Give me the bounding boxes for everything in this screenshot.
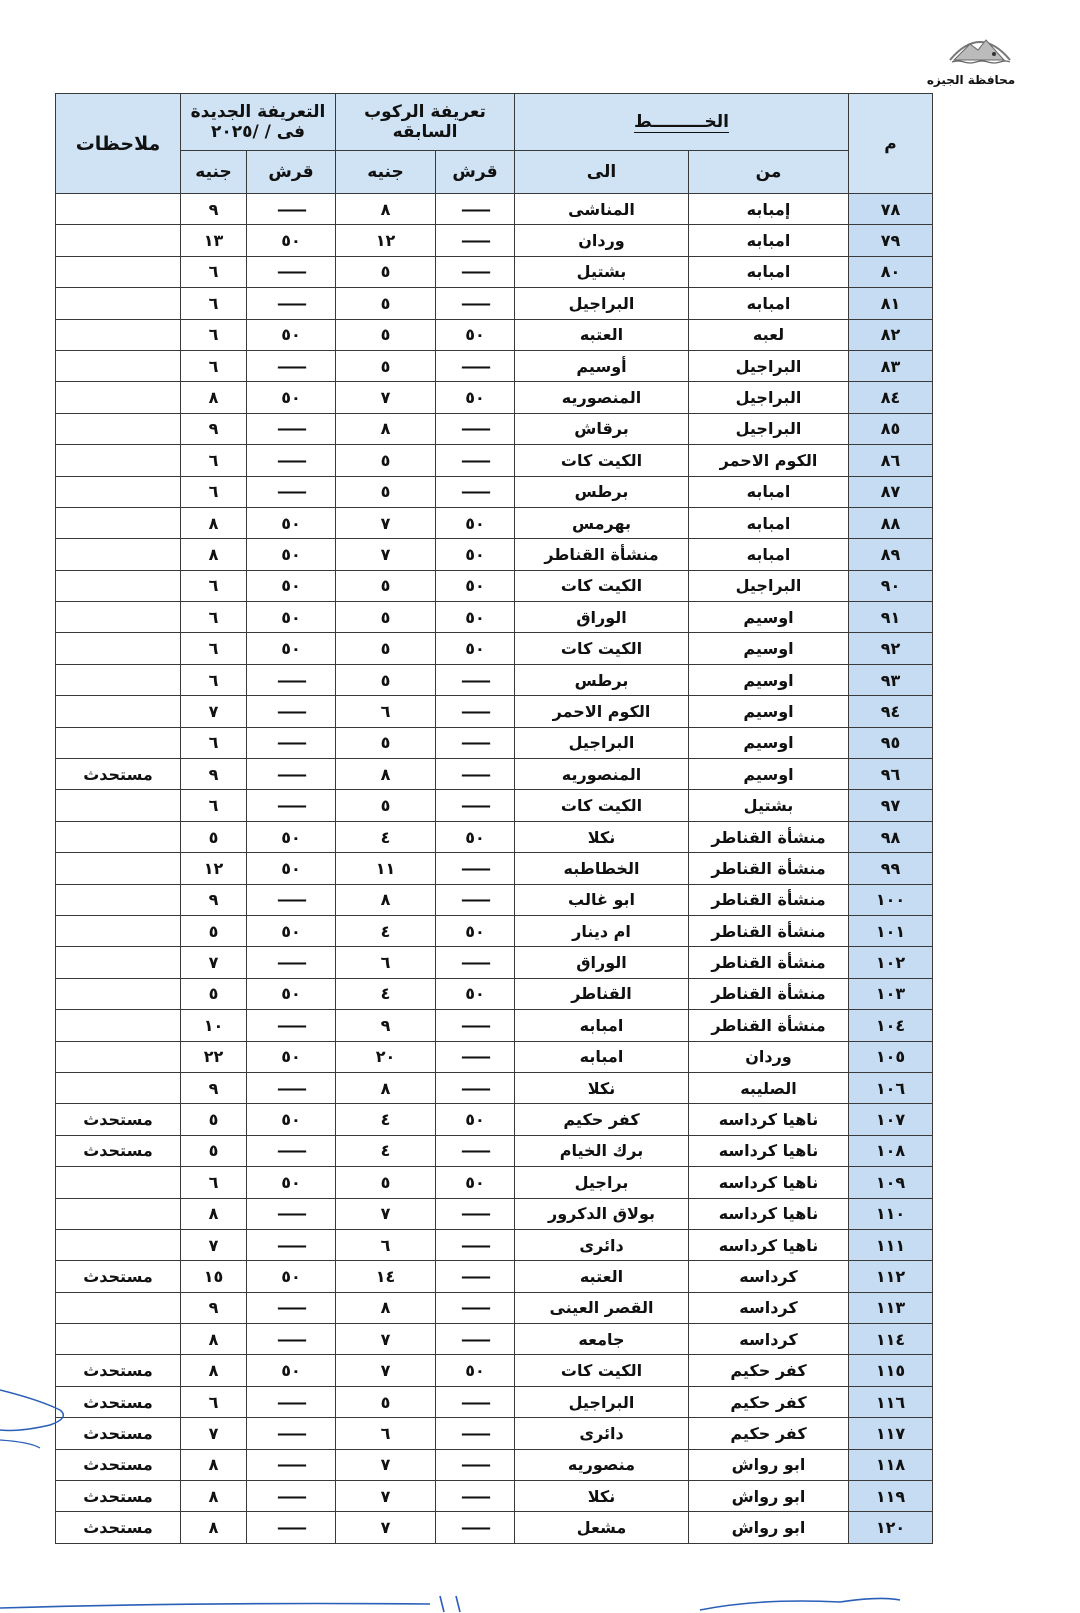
notes-cell — [56, 696, 181, 727]
route-from: ناهيا كرداسه — [689, 1229, 849, 1260]
new-fare-pound: ٦ — [181, 476, 247, 507]
old-fare-pound: ٧ — [336, 539, 436, 570]
new-fare-piaster: —— — [247, 1386, 336, 1417]
old-fare-piaster: —— — [436, 1449, 515, 1480]
route-to: العتبه — [515, 1261, 689, 1292]
route-from: اوسيم — [689, 759, 849, 790]
new-fare-pound: ٨ — [181, 1512, 247, 1543]
table-row: ١٠٨ناهيا كرداسهبرك الخيام——٤——٥مستحدث — [56, 1135, 933, 1166]
old-fare-piaster: ٥٠ — [436, 915, 515, 946]
notes-cell: مستحدث — [56, 1104, 181, 1135]
new-fare-piaster: ٥٠ — [247, 1261, 336, 1292]
notes-cell — [56, 1229, 181, 1260]
old-fare-pound: ٥ — [336, 1386, 436, 1417]
row-index: ١٠٩ — [849, 1167, 933, 1198]
row-index: ١٢٠ — [849, 1512, 933, 1543]
notes-cell — [56, 194, 181, 225]
old-fare-piaster: ٥٠ — [436, 602, 515, 633]
route-to: منشأة القناطر — [515, 539, 689, 570]
new-fare-pound: ٥ — [181, 978, 247, 1009]
col-header-new-fare: التعريفة الجديدة فى / /٢٠٢٥ — [181, 94, 336, 151]
route-to: القصر العينى — [515, 1292, 689, 1323]
row-index: ٩٤ — [849, 696, 933, 727]
route-to: براجيل — [515, 1167, 689, 1198]
new-fare-pound: ٢٢ — [181, 1041, 247, 1072]
old-fare-piaster: —— — [436, 413, 515, 444]
new-fare-pound: ٨ — [181, 1198, 247, 1229]
row-index: ١١٨ — [849, 1449, 933, 1480]
row-index: ١٠٨ — [849, 1135, 933, 1166]
old-fare-pound: ٧ — [336, 1355, 436, 1386]
old-fare-pound: ٥ — [336, 445, 436, 476]
route-to: دائرى — [515, 1418, 689, 1449]
old-fare-pound: ٥ — [336, 1167, 436, 1198]
old-fare-pound: ٧ — [336, 507, 436, 538]
new-fare-piaster: —— — [247, 1072, 336, 1103]
old-fare-pound: ٨ — [336, 194, 436, 225]
row-index: ١١٤ — [849, 1324, 933, 1355]
route-to: البراجيل — [515, 727, 689, 758]
route-from: امبابه — [689, 225, 849, 256]
route-from: كرداسه — [689, 1324, 849, 1355]
notes-cell — [56, 1324, 181, 1355]
old-fare-piaster: —— — [436, 1386, 515, 1417]
new-fare-pound: ٦ — [181, 288, 247, 319]
route-to: المنصوريه — [515, 759, 689, 790]
table-row: ٩٤اوسيمالكوم الاحمر——٦——٧ — [56, 696, 933, 727]
table-row: ٩٩منشأة القناطرالخطاطبه——١١٥٠١٢ — [56, 853, 933, 884]
new-fare-pound: ٧ — [181, 947, 247, 978]
notes-cell — [56, 1072, 181, 1103]
table-row: ٩٦اوسيمالمنصوريه——٨——٩مستحدث — [56, 759, 933, 790]
row-index: ٨٠ — [849, 256, 933, 287]
table-row: ٨٩امبابهمنشأة القناطر٥٠٧٥٠٨ — [56, 539, 933, 570]
col-header-old-fare: تعريفة الركوب السابقه — [336, 94, 515, 151]
table-row: ١١٣كرداسهالقصر العينى——٨——٩ — [56, 1292, 933, 1323]
route-to: الوراق — [515, 947, 689, 978]
route-to: برقاش — [515, 413, 689, 444]
new-fare-pound: ١٠ — [181, 1010, 247, 1041]
table-row: ١٠٢منشأة القناطرالوراق——٦——٧ — [56, 947, 933, 978]
route-from: منشأة القناطر — [689, 884, 849, 915]
new-fare-pound: ٩ — [181, 759, 247, 790]
old-fare-piaster: ٥٠ — [436, 382, 515, 413]
route-from: ابو رواش — [689, 1481, 849, 1512]
new-fare-piaster: —— — [247, 476, 336, 507]
old-fare-pound: ٤ — [336, 915, 436, 946]
new-fare-pound: ٨ — [181, 1324, 247, 1355]
new-fare-piaster: ٥٠ — [247, 225, 336, 256]
table-row: ٧٨إمبابهالمناشى——٨——٩ — [56, 194, 933, 225]
row-index: ٩٦ — [849, 759, 933, 790]
route-to: برطس — [515, 664, 689, 695]
old-fare-pound: ٨ — [336, 759, 436, 790]
row-index: ٩٢ — [849, 633, 933, 664]
old-fare-pound: ٧ — [336, 1449, 436, 1480]
route-to: العتبه — [515, 319, 689, 350]
route-from: امبابه — [689, 507, 849, 538]
new-fare-piaster: —— — [247, 1229, 336, 1260]
notes-cell — [56, 570, 181, 601]
old-fare-pound: ٥ — [336, 570, 436, 601]
new-fare-pound: ٨ — [181, 1449, 247, 1480]
notes-cell — [56, 225, 181, 256]
route-to: دائرى — [515, 1229, 689, 1260]
table-row: ٩٢اوسيمالكيت كات٥٠٥٥٠٦ — [56, 633, 933, 664]
notes-cell — [56, 602, 181, 633]
route-from: كرداسه — [689, 1261, 849, 1292]
col-header-notes: ملاحظات — [56, 94, 181, 194]
new-fare-pound: ٦ — [181, 1386, 247, 1417]
route-from: بشتيل — [689, 790, 849, 821]
notes-cell — [56, 1010, 181, 1041]
new-fare-piaster: —— — [247, 947, 336, 978]
old-fare-piaster: —— — [436, 1072, 515, 1103]
new-fare-piaster: ٥٠ — [247, 1355, 336, 1386]
new-fare-pound: ٨ — [181, 539, 247, 570]
table-row: ٨٨امبابهبهرمس٥٠٧٥٠٨ — [56, 507, 933, 538]
old-fare-piaster: —— — [436, 1481, 515, 1512]
old-fare-pound: ١٤ — [336, 1261, 436, 1292]
old-fare-pound: ٥ — [336, 633, 436, 664]
route-from: الصليبه — [689, 1072, 849, 1103]
route-title: الخـــــــــط — [634, 112, 729, 132]
route-from: كفر حكيم — [689, 1418, 849, 1449]
row-index: ١٠٦ — [849, 1072, 933, 1103]
route-from: إمبابه — [689, 194, 849, 225]
new-fare-pound: ٨ — [181, 507, 247, 538]
new-fare-piaster: —— — [247, 1512, 336, 1543]
row-index: ١٠٧ — [849, 1104, 933, 1135]
notes-cell — [56, 884, 181, 915]
old-fare-piaster: —— — [436, 1292, 515, 1323]
table-row: ١٠٩ناهيا كرداسهبراجيل٥٠٥٥٠٦ — [56, 1167, 933, 1198]
old-fare-piaster: —— — [436, 1041, 515, 1072]
notes-cell: مستحدث — [56, 759, 181, 790]
table-row: ٧٩امبابهوردان——١٢٥٠١٣ — [56, 225, 933, 256]
route-from: ابو رواش — [689, 1512, 849, 1543]
new-fare-piaster: ٥٠ — [247, 602, 336, 633]
notes-cell: مستحدث — [56, 1481, 181, 1512]
route-from: كفر حكيم — [689, 1386, 849, 1417]
new-fare-piaster: —— — [247, 664, 336, 695]
col-header-index: م — [849, 94, 933, 194]
old-fare-pound: ٥ — [336, 664, 436, 695]
notes-cell: مستحدث — [56, 1449, 181, 1480]
notes-cell: مستحدث — [56, 1418, 181, 1449]
row-index: ١١٧ — [849, 1418, 933, 1449]
new-fare-piaster: —— — [247, 413, 336, 444]
table-row: ١٠٣منشأة القناطرالقناطر٥٠٤٥٠٥ — [56, 978, 933, 1009]
notes-cell — [56, 413, 181, 444]
notes-cell — [56, 1198, 181, 1229]
old-fare-piaster: —— — [436, 1135, 515, 1166]
new-fare-piaster: ٥٠ — [247, 821, 336, 852]
route-to: المناشى — [515, 194, 689, 225]
row-index: ٨١ — [849, 288, 933, 319]
old-fare-piaster: ٥٠ — [436, 570, 515, 601]
old-fare-pound: ٥ — [336, 727, 436, 758]
old-fare-pound: ٨ — [336, 413, 436, 444]
route-to: الخطاطبه — [515, 853, 689, 884]
notes-cell — [56, 445, 181, 476]
table-row: ١٠٦الصليبهنكلا——٨——٩ — [56, 1072, 933, 1103]
new-fare-piaster: ٥٠ — [247, 633, 336, 664]
new-fare-pound: ٦ — [181, 319, 247, 350]
route-to: الكيت كات — [515, 570, 689, 601]
route-to: بولاق الدكرور — [515, 1198, 689, 1229]
row-index: ٩٥ — [849, 727, 933, 758]
giza-pyramids-emblem-icon — [944, 30, 1016, 66]
fare-table: م الخـــــــــط تعريفة الركوب السابقه ال… — [55, 93, 933, 1544]
old-fare-pound: ٧ — [336, 1324, 436, 1355]
notes-cell — [56, 853, 181, 884]
route-to: الكيت كات — [515, 633, 689, 664]
row-index: ٨٢ — [849, 319, 933, 350]
old-fare-piaster: —— — [436, 225, 515, 256]
table-row: ٨٤البراجيلالمنصوريه٥٠٧٥٠٨ — [56, 382, 933, 413]
route-from: ناهيا كرداسه — [689, 1198, 849, 1229]
old-fare-pound: ١٢ — [336, 225, 436, 256]
notes-cell: مستحدث — [56, 1355, 181, 1386]
old-fare-piaster: —— — [436, 884, 515, 915]
row-index: ١٠٠ — [849, 884, 933, 915]
route-from: منشأة القناطر — [689, 915, 849, 946]
old-fare-piaster: —— — [436, 350, 515, 381]
old-fare-piaster: ٥٠ — [436, 539, 515, 570]
route-from: ناهيا كرداسه — [689, 1167, 849, 1198]
old-fare-pound: ٨ — [336, 1292, 436, 1323]
col-header-old-pound: جنيه — [336, 151, 436, 194]
route-to: منصوريه — [515, 1449, 689, 1480]
table-row: ١١٨ابو رواشمنصوريه——٧——٨مستحدث — [56, 1449, 933, 1480]
old-fare-piaster: —— — [436, 759, 515, 790]
new-fare-piaster: ٥٠ — [247, 570, 336, 601]
new-fare-piaster: ٥٠ — [247, 539, 336, 570]
notes-cell — [56, 1292, 181, 1323]
new-fare-pound: ٩ — [181, 1292, 247, 1323]
route-to: المنصوريه — [515, 382, 689, 413]
old-fare-pound: ٧ — [336, 1481, 436, 1512]
new-fare-piaster: —— — [247, 256, 336, 287]
new-fare-pound: ٦ — [181, 350, 247, 381]
new-fare-piaster: —— — [247, 790, 336, 821]
notes-cell — [56, 382, 181, 413]
old-fare-piaster: —— — [436, 194, 515, 225]
route-from: امبابه — [689, 288, 849, 319]
col-header-old-piaster: قرش — [436, 151, 515, 194]
new-fare-pound: ٧ — [181, 696, 247, 727]
route-to: برطس — [515, 476, 689, 507]
route-to: الكيت كات — [515, 790, 689, 821]
old-fare-piaster: —— — [436, 1229, 515, 1260]
new-fare-piaster: —— — [247, 1010, 336, 1041]
old-fare-pound: ٦ — [336, 1418, 436, 1449]
old-fare-pound: ٤ — [336, 1104, 436, 1135]
col-header-from: من — [689, 151, 849, 194]
row-index: ٩٩ — [849, 853, 933, 884]
new-fare-piaster: —— — [247, 884, 336, 915]
notes-cell — [56, 664, 181, 695]
row-index: ٨٦ — [849, 445, 933, 476]
new-fare-pound: ٦ — [181, 633, 247, 664]
new-fare-piaster: —— — [247, 759, 336, 790]
table-row: ١١١ناهيا كرداسهدائرى——٦——٧ — [56, 1229, 933, 1260]
new-fare-piaster: —— — [247, 1449, 336, 1480]
new-fare-pound: ٩ — [181, 194, 247, 225]
old-fare-piaster: —— — [436, 288, 515, 319]
old-fare-piaster: ٥٠ — [436, 1167, 515, 1198]
old-fare-piaster: ٥٠ — [436, 633, 515, 664]
old-fare-pound: ٥ — [336, 288, 436, 319]
old-fare-piaster: —— — [436, 256, 515, 287]
route-from: اوسيم — [689, 664, 849, 695]
row-index: ٧٩ — [849, 225, 933, 256]
new-fare-piaster: ٥٠ — [247, 1104, 336, 1135]
old-fare-piaster: ٥٠ — [436, 1355, 515, 1386]
old-fare-piaster: ٥٠ — [436, 507, 515, 538]
row-index: ١١٩ — [849, 1481, 933, 1512]
row-index: ١١٠ — [849, 1198, 933, 1229]
new-fare-pound: ٦ — [181, 602, 247, 633]
route-from: منشأة القناطر — [689, 821, 849, 852]
old-fare-piaster: ٥٠ — [436, 821, 515, 852]
table-row: ١١٩ابو رواشنكلا——٧——٨مستحدث — [56, 1481, 933, 1512]
new-fare-piaster: —— — [247, 288, 336, 319]
new-fare-piaster: —— — [247, 696, 336, 727]
old-fare-pound: ٥ — [336, 350, 436, 381]
old-fare-piaster: —— — [436, 1198, 515, 1229]
route-from: اوسيم — [689, 727, 849, 758]
table-row: ٩١اوسيمالوراق٥٠٥٥٠٦ — [56, 602, 933, 633]
row-index: ١٠٥ — [849, 1041, 933, 1072]
table-row: ٨٣البراجيلأوسيم——٥——٦ — [56, 350, 933, 381]
new-fare-piaster: —— — [247, 1481, 336, 1512]
route-to: جامعه — [515, 1324, 689, 1355]
new-fare-piaster: —— — [247, 194, 336, 225]
route-to: ابو غالب — [515, 884, 689, 915]
row-index: ٩٣ — [849, 664, 933, 695]
new-fare-pound: ١٢ — [181, 853, 247, 884]
old-fare-piaster: —— — [436, 1512, 515, 1543]
new-fare-pound: ٩ — [181, 1072, 247, 1103]
table-row: ١٢٠ابو رواشمشعل——٧——٨مستحدث — [56, 1512, 933, 1543]
old-fare-piaster: —— — [436, 664, 515, 695]
new-fare-piaster: —— — [247, 1324, 336, 1355]
old-fare-piaster: ٥٠ — [436, 319, 515, 350]
old-fare-pound: ٤ — [336, 978, 436, 1009]
row-index: ١١٥ — [849, 1355, 933, 1386]
route-from: البراجيل — [689, 350, 849, 381]
route-from: منشأة القناطر — [689, 853, 849, 884]
route-from: اوسيم — [689, 602, 849, 633]
table-row: ١١٧كفر حكيمدائرى——٦——٧مستحدث — [56, 1418, 933, 1449]
row-index: ٩١ — [849, 602, 933, 633]
new-fare-pound: ٦ — [181, 256, 247, 287]
notes-cell: مستحدث — [56, 1386, 181, 1417]
new-fare-pound: ٥ — [181, 821, 247, 852]
notes-cell — [56, 476, 181, 507]
route-from: منشأة القناطر — [689, 978, 849, 1009]
table-row: ٩٠البراجيلالكيت كات٥٠٥٥٠٦ — [56, 570, 933, 601]
table-row: ٨٥البراجيلبرقاش——٨——٩ — [56, 413, 933, 444]
old-fare-pound: ٧ — [336, 1512, 436, 1543]
row-index: ١١١ — [849, 1229, 933, 1260]
old-fare-piaster: —— — [436, 853, 515, 884]
notes-cell — [56, 507, 181, 538]
route-from: كرداسه — [689, 1292, 849, 1323]
route-from: ناهيا كرداسه — [689, 1135, 849, 1166]
notes-cell — [56, 350, 181, 381]
new-fare-pound: ١٥ — [181, 1261, 247, 1292]
new-fare-pound: ٧ — [181, 1418, 247, 1449]
old-fare-piaster: —— — [436, 727, 515, 758]
table-row: ١١٦كفر حكيمالبراجيل——٥——٦مستحدث — [56, 1386, 933, 1417]
row-index: ١١٣ — [849, 1292, 933, 1323]
route-from: ناهيا كرداسه — [689, 1104, 849, 1135]
route-to: امبابه — [515, 1041, 689, 1072]
notes-cell — [56, 978, 181, 1009]
table-row: ٩٨منشأة القناطرنكلا٥٠٤٥٠٥ — [56, 821, 933, 852]
table-row: ٩٧بشتيلالكيت كات——٥——٦ — [56, 790, 933, 821]
new-fare-piaster: ٥٠ — [247, 915, 336, 946]
route-to: وردان — [515, 225, 689, 256]
table-row: ٨٦الكوم الاحمرالكيت كات——٥——٦ — [56, 445, 933, 476]
signature-line-icon — [0, 1590, 1080, 1613]
notes-cell — [56, 256, 181, 287]
old-fare-pound: ٤ — [336, 821, 436, 852]
old-fare-pound: ٥ — [336, 790, 436, 821]
old-fare-piaster: ٥٠ — [436, 1104, 515, 1135]
route-to: أوسيم — [515, 350, 689, 381]
table-row: ١١٥كفر حكيمالكيت كات٥٠٧٥٠٨مستحدث — [56, 1355, 933, 1386]
row-index: ٨٩ — [849, 539, 933, 570]
old-fare-piaster: —— — [436, 947, 515, 978]
new-fare-piaster: ٥٠ — [247, 1167, 336, 1198]
table-row: ١٠٧ناهيا كرداسهكفر حكيم٥٠٤٥٠٥مستحدث — [56, 1104, 933, 1135]
new-fare-pound: ٨ — [181, 1481, 247, 1512]
route-to: القناطر — [515, 978, 689, 1009]
new-fare-piaster: ٥٠ — [247, 507, 336, 538]
route-from: اوسيم — [689, 633, 849, 664]
route-from: الكوم الاحمر — [689, 445, 849, 476]
notes-cell — [56, 319, 181, 350]
old-fare-piaster: —— — [436, 1418, 515, 1449]
row-index: ٨٣ — [849, 350, 933, 381]
old-fare-pound: ٥ — [336, 256, 436, 287]
route-from: اوسيم — [689, 696, 849, 727]
route-from: كفر حكيم — [689, 1355, 849, 1386]
new-fare-piaster: ٥٠ — [247, 319, 336, 350]
new-fare-pound: ٦ — [181, 790, 247, 821]
table-row: ١٠٥وردانامبابه——٢٠٥٠٢٢ — [56, 1041, 933, 1072]
table-row: ١٠٤منشأة القناطرامبابه——٩——١٠ — [56, 1010, 933, 1041]
route-to: نكلا — [515, 1481, 689, 1512]
route-to: امبابه — [515, 1010, 689, 1041]
old-fare-pound: ٢٠ — [336, 1041, 436, 1072]
new-fare-pound: ٩ — [181, 884, 247, 915]
old-fare-pound: ٥ — [336, 319, 436, 350]
route-to: كفر حكيم — [515, 1104, 689, 1135]
table-row: ١١٠ناهيا كرداسهبولاق الدكرور——٧——٨ — [56, 1198, 933, 1229]
row-index: ١٠٢ — [849, 947, 933, 978]
notes-cell: مستحدث — [56, 1261, 181, 1292]
route-to: البراجيل — [515, 288, 689, 319]
col-header-to: الى — [515, 151, 689, 194]
new-fare-pound: ٦ — [181, 570, 247, 601]
old-fare-pound: ٦ — [336, 947, 436, 978]
row-index: ١٠١ — [849, 915, 933, 946]
